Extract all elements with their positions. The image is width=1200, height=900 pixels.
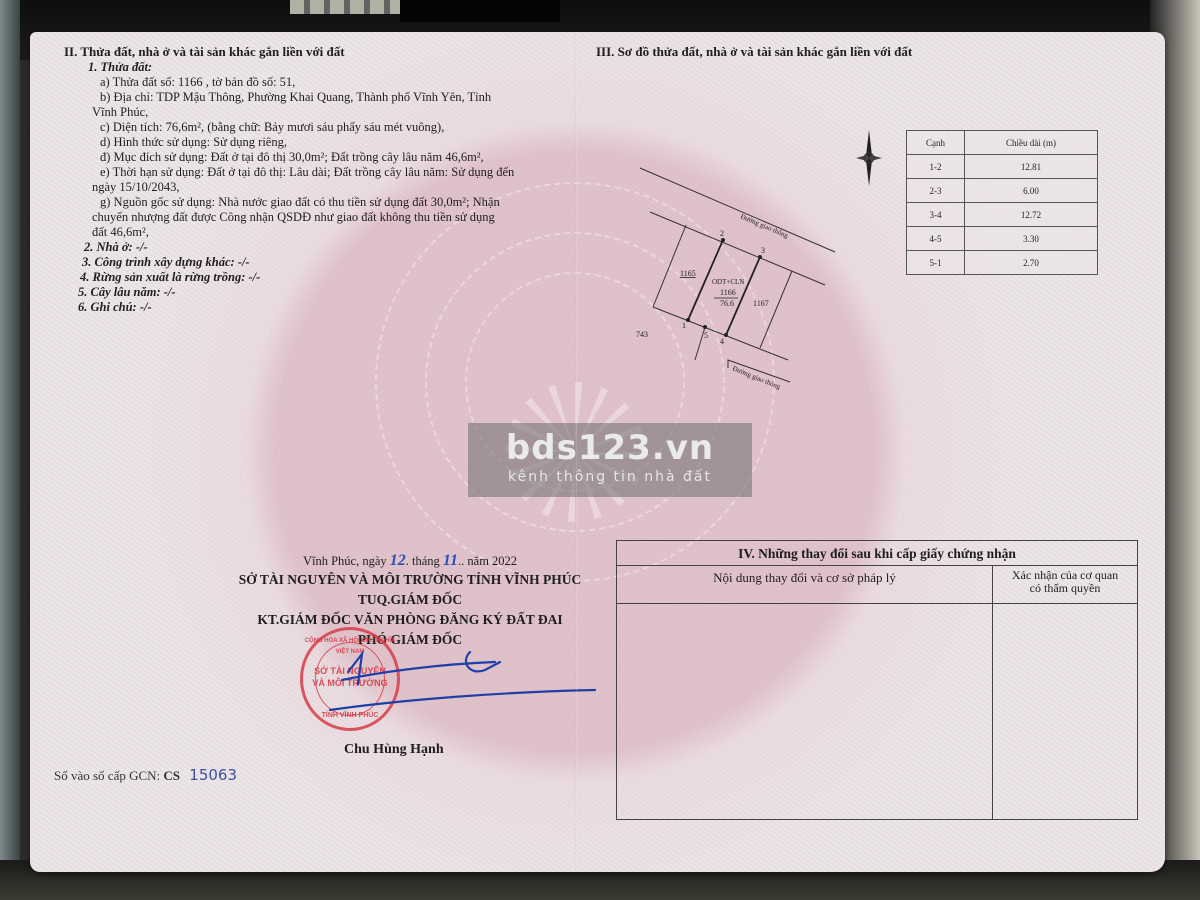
- edge-cell: 5-1: [907, 251, 965, 275]
- signer-name: Chu Hùng Hạnh: [344, 742, 444, 758]
- usage-origin-cont: đất 46,6m²,: [78, 225, 578, 240]
- land-certificate-page: II. Thửa đất, nhà ở và tài sản khác gắn …: [30, 32, 1165, 872]
- watermark-overlay: bds123.vn kênh thông tin nhà đất: [468, 423, 752, 497]
- section-iv-title: IV. Những thay đổi sau khi cấp giấy chứn…: [617, 541, 1137, 566]
- authority-line: TUQ.GIÁM ĐỐC: [200, 590, 620, 610]
- table-row: 4-5 3.30: [907, 227, 1098, 251]
- gcn-register-number: Số vào sổ cấp GCN: CS 15063: [54, 766, 237, 784]
- gcn-prefix: CS: [163, 768, 180, 783]
- road-label-bottom: Đường giao thông: [731, 364, 782, 391]
- column-header: Chiều dài (m): [965, 131, 1098, 155]
- parcel-1165-label: 1165: [680, 269, 696, 278]
- authority-line: SỞ TÀI NGUYÊN VÀ MÔI TRƯỜNG TỈNH VĨNH PH…: [200, 570, 620, 590]
- address: b) Địa chỉ: TDP Mậu Thông, Phường Khai Q…: [78, 90, 578, 105]
- length-cell: 2.70: [965, 251, 1098, 275]
- perennial-item: 5. Cây lâu năm: -/-: [78, 285, 578, 300]
- column-header-line: có thẩm quyền: [993, 582, 1137, 595]
- gcn-number: 15063: [189, 766, 237, 784]
- date-month: 11: [443, 552, 458, 569]
- background-object: [400, 0, 560, 22]
- year-label: năm 2022: [467, 554, 517, 568]
- point-label: 1: [682, 321, 686, 330]
- area: c) Diện tích: 76,6m², (bằng chữ: Bảy mươ…: [78, 120, 578, 135]
- empty-cell: [993, 604, 1137, 819]
- length-cell: 6.00: [965, 179, 1098, 203]
- edge-cell: 4-5: [907, 227, 965, 251]
- house-item: 2. Nhà ở: -/-: [78, 240, 578, 255]
- column-header: Nội dung thay đổi và cơ sở pháp lý: [617, 566, 993, 603]
- changes-table: IV. Những thay đổi sau khi cấp giấy chứn…: [616, 540, 1138, 820]
- table-row: 1-2 12.81: [907, 155, 1098, 179]
- usage-term: e) Thời hạn sử dụng: Đất ở tại đô thị: L…: [78, 165, 578, 180]
- edge-cell: 1-2: [907, 155, 965, 179]
- column-header: Xác nhận của cơ quan có thẩm quyền: [993, 566, 1137, 603]
- table-header-row: Nội dung thay đổi và cơ sở pháp lý Xác n…: [617, 566, 1137, 604]
- handwritten-signature: [320, 642, 620, 722]
- point-label: 3: [761, 246, 765, 255]
- point-label: 2: [720, 229, 724, 238]
- land-heading: 1. Thửa đất:: [78, 60, 578, 75]
- parcel-use-label: ODT+CLN: [712, 278, 744, 286]
- forest-item: 4. Rừng sản xuất là rừng trồng: -/-: [78, 270, 578, 285]
- table-header-row: Cạnh Chiều dài (m): [907, 131, 1098, 155]
- watermark-brand: bds123.vn: [468, 423, 752, 469]
- edge-length-table: Cạnh Chiều dài (m) 1-2 12.81 2-3 6.00 3-…: [906, 130, 1098, 275]
- road-label-top: Đường giao thông: [739, 212, 790, 240]
- length-cell: 12.81: [965, 155, 1098, 179]
- date-day: 12: [390, 552, 406, 569]
- table-row: 5-1 2.70: [907, 251, 1098, 275]
- address-cont: Vĩnh Phúc,: [78, 105, 578, 120]
- column-header: Cạnh: [907, 131, 965, 155]
- gcn-label: Số vào sổ cấp GCN:: [54, 768, 160, 783]
- road-edge-line: [640, 168, 835, 252]
- length-cell: 3.30: [965, 227, 1098, 251]
- other-works-item: 3. Công trình xây dựng khác: -/-: [78, 255, 578, 270]
- parcel-number-label: 1166: [720, 288, 736, 297]
- point-label: 5: [704, 331, 708, 340]
- date-prefix: Vĩnh Phúc, ngày: [303, 554, 387, 568]
- empty-cell: [617, 604, 993, 819]
- table-row: 2-3 6.00: [907, 179, 1098, 203]
- table-row: [617, 604, 1137, 819]
- usage-origin: g) Nguồn gốc sử dụng: Nhà nước giao đất …: [78, 195, 578, 210]
- table-row: 3-4 12.72: [907, 203, 1098, 227]
- usage-origin-cont: chuyển nhượng đất được Công nhận QSDĐ nh…: [78, 210, 578, 225]
- point-label: 4: [720, 337, 724, 346]
- road-edge-line: [653, 307, 788, 360]
- notes-item: 6. Ghi chú: -/-: [78, 300, 578, 315]
- usage-purpose: đ) Mục đích sử dụng: Đất ở tại đô thị 30…: [78, 150, 578, 165]
- watermark-tagline: kênh thông tin nhà đất: [468, 469, 752, 485]
- signature-block: Vĩnh Phúc, ngày 12. tháng 11.. năm 2022 …: [200, 552, 620, 650]
- length-cell: 12.72: [965, 203, 1098, 227]
- edge-cell: 3-4: [907, 203, 965, 227]
- parcel-743-label: 743: [636, 330, 648, 339]
- usage-form: d) Hình thức sử dụng: Sử dụng riêng,: [78, 135, 578, 150]
- issue-date: Vĩnh Phúc, ngày 12. tháng 11.. năm 2022: [200, 552, 620, 570]
- section-iii-title: III. Sơ đồ thửa đất, nhà ở và tài sản kh…: [596, 44, 912, 60]
- parcel-1167-label: 1167: [753, 299, 769, 308]
- authority-line: KT.GIÁM ĐỐC VĂN PHÒNG ĐĂNG KÝ ĐẤT ĐAI: [200, 610, 620, 630]
- parcel-map: 2 3 1 5 4 1165 ODT+CLN 1166 76.6 1167 74…: [620, 160, 860, 400]
- parcel-number: a) Thửa đất số: 1166 , tờ bản đồ số: 51,: [78, 75, 578, 90]
- month-label: tháng: [412, 554, 440, 568]
- background-left: [0, 0, 20, 900]
- parcel-area-label: 76.6: [720, 299, 734, 308]
- background-object: [290, 0, 410, 14]
- edge-cell: 2-3: [907, 179, 965, 203]
- section-ii-title: II. Thửa đất, nhà ở và tài sản khác gắn …: [64, 44, 345, 60]
- usage-term-cont: ngày 15/10/2043,: [78, 180, 578, 195]
- section-ii-content: 1. Thửa đất: a) Thửa đất số: 1166 , tờ b…: [78, 60, 578, 315]
